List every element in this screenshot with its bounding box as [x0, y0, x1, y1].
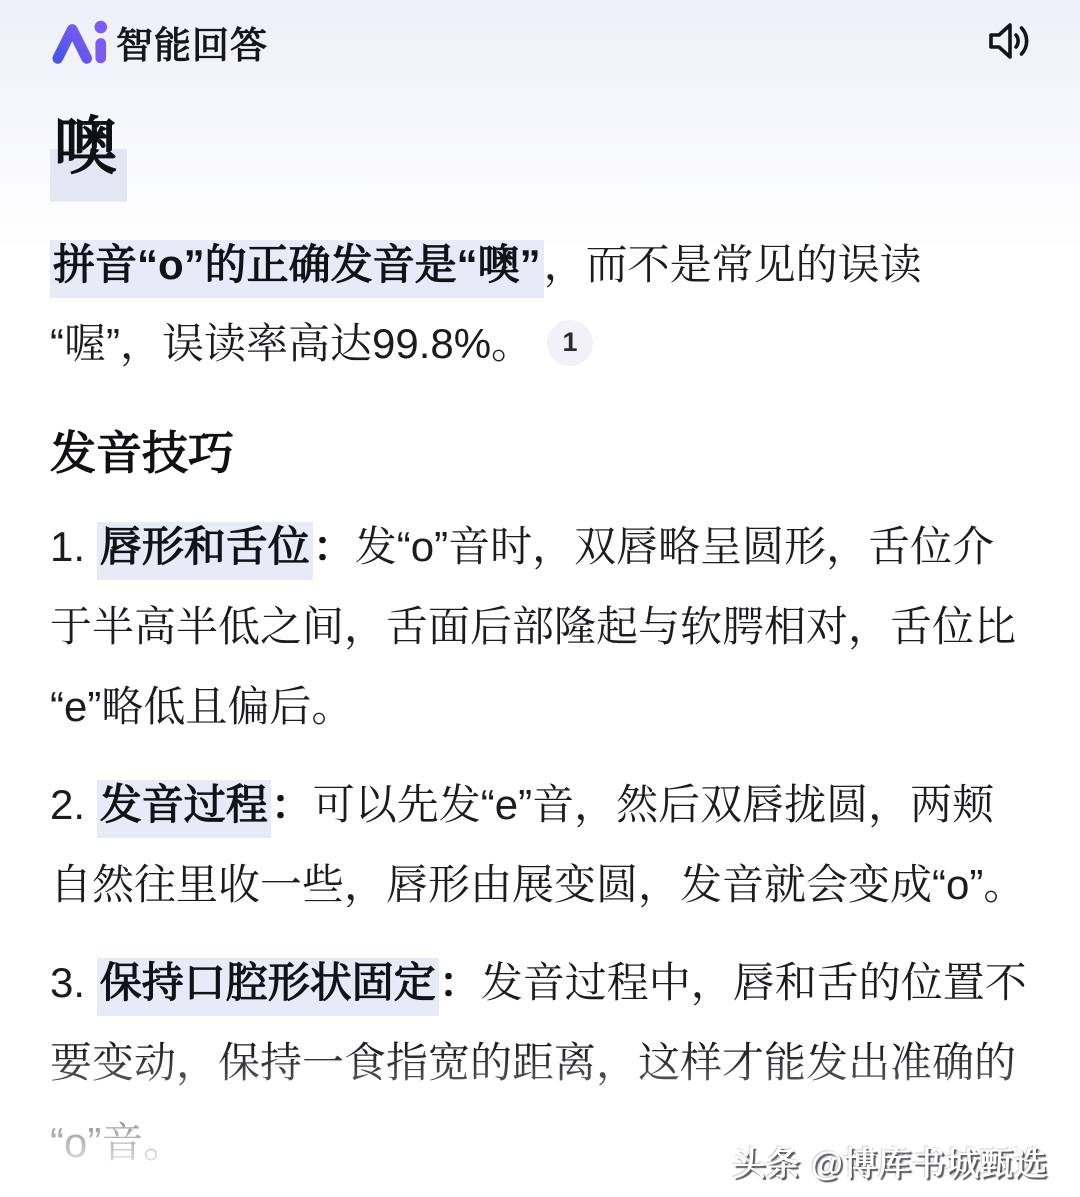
tip-item-1: 1. 唇形和舌位：发“o”音时，双唇略呈圆形，舌位介于半高半低之间，舌面后部隆起… — [50, 507, 1030, 747]
tip-term: 发音过程 — [97, 780, 271, 838]
tip-term: 保持口腔形状固定 — [97, 958, 439, 1016]
tip-colon: ： — [313, 523, 355, 570]
tip-number: 3. — [50, 959, 97, 1006]
intro-paragraph: 拼音“o”的正确发音是“噢”，而不是常见的误读“喔”，误读率高达99.8%。1 — [50, 225, 1030, 383]
tip-item-2: 2. 发音过程：可以先发“e”音，然后双唇拢圆，两颊自然往里收一些，唇形由展变圆… — [50, 765, 1030, 925]
tip-colon: ： — [271, 781, 313, 828]
ai-logo-icon — [50, 18, 108, 66]
brand-title: 智能回答 — [116, 15, 268, 69]
tip-term: 唇形和舌位 — [97, 522, 313, 580]
intro-highlight: 拼音“o”的正确发音是“噢” — [50, 240, 544, 298]
section-heading: 发音技巧 — [50, 415, 1030, 491]
ai-answer-page: 智能回答 噢 拼音“o”的正确发音是“噢”，而不是常见的误读“喔”，误读率高达9… — [0, 0, 1080, 1197]
read-aloud-button[interactable] — [982, 15, 1034, 70]
title-line: 噢 — [50, 108, 1030, 203]
speaker-icon — [982, 15, 1034, 70]
page-title: 噢 — [50, 108, 127, 202]
header: 智能回答 — [0, 0, 1080, 66]
brand: 智能回答 — [50, 15, 268, 69]
tip-number: 1. — [50, 523, 97, 570]
answer-content: 噢 拼音“o”的正确发音是“噢”，而不是常见的误读“喔”，误读率高达99.8%。… — [0, 108, 1080, 1183]
citation-badge[interactable]: 1 — [547, 320, 593, 366]
tip-colon: ： — [439, 959, 481, 1006]
watermark: 头条 @博库书城甄选 — [733, 1138, 1048, 1185]
tip-number: 2. — [50, 781, 97, 828]
